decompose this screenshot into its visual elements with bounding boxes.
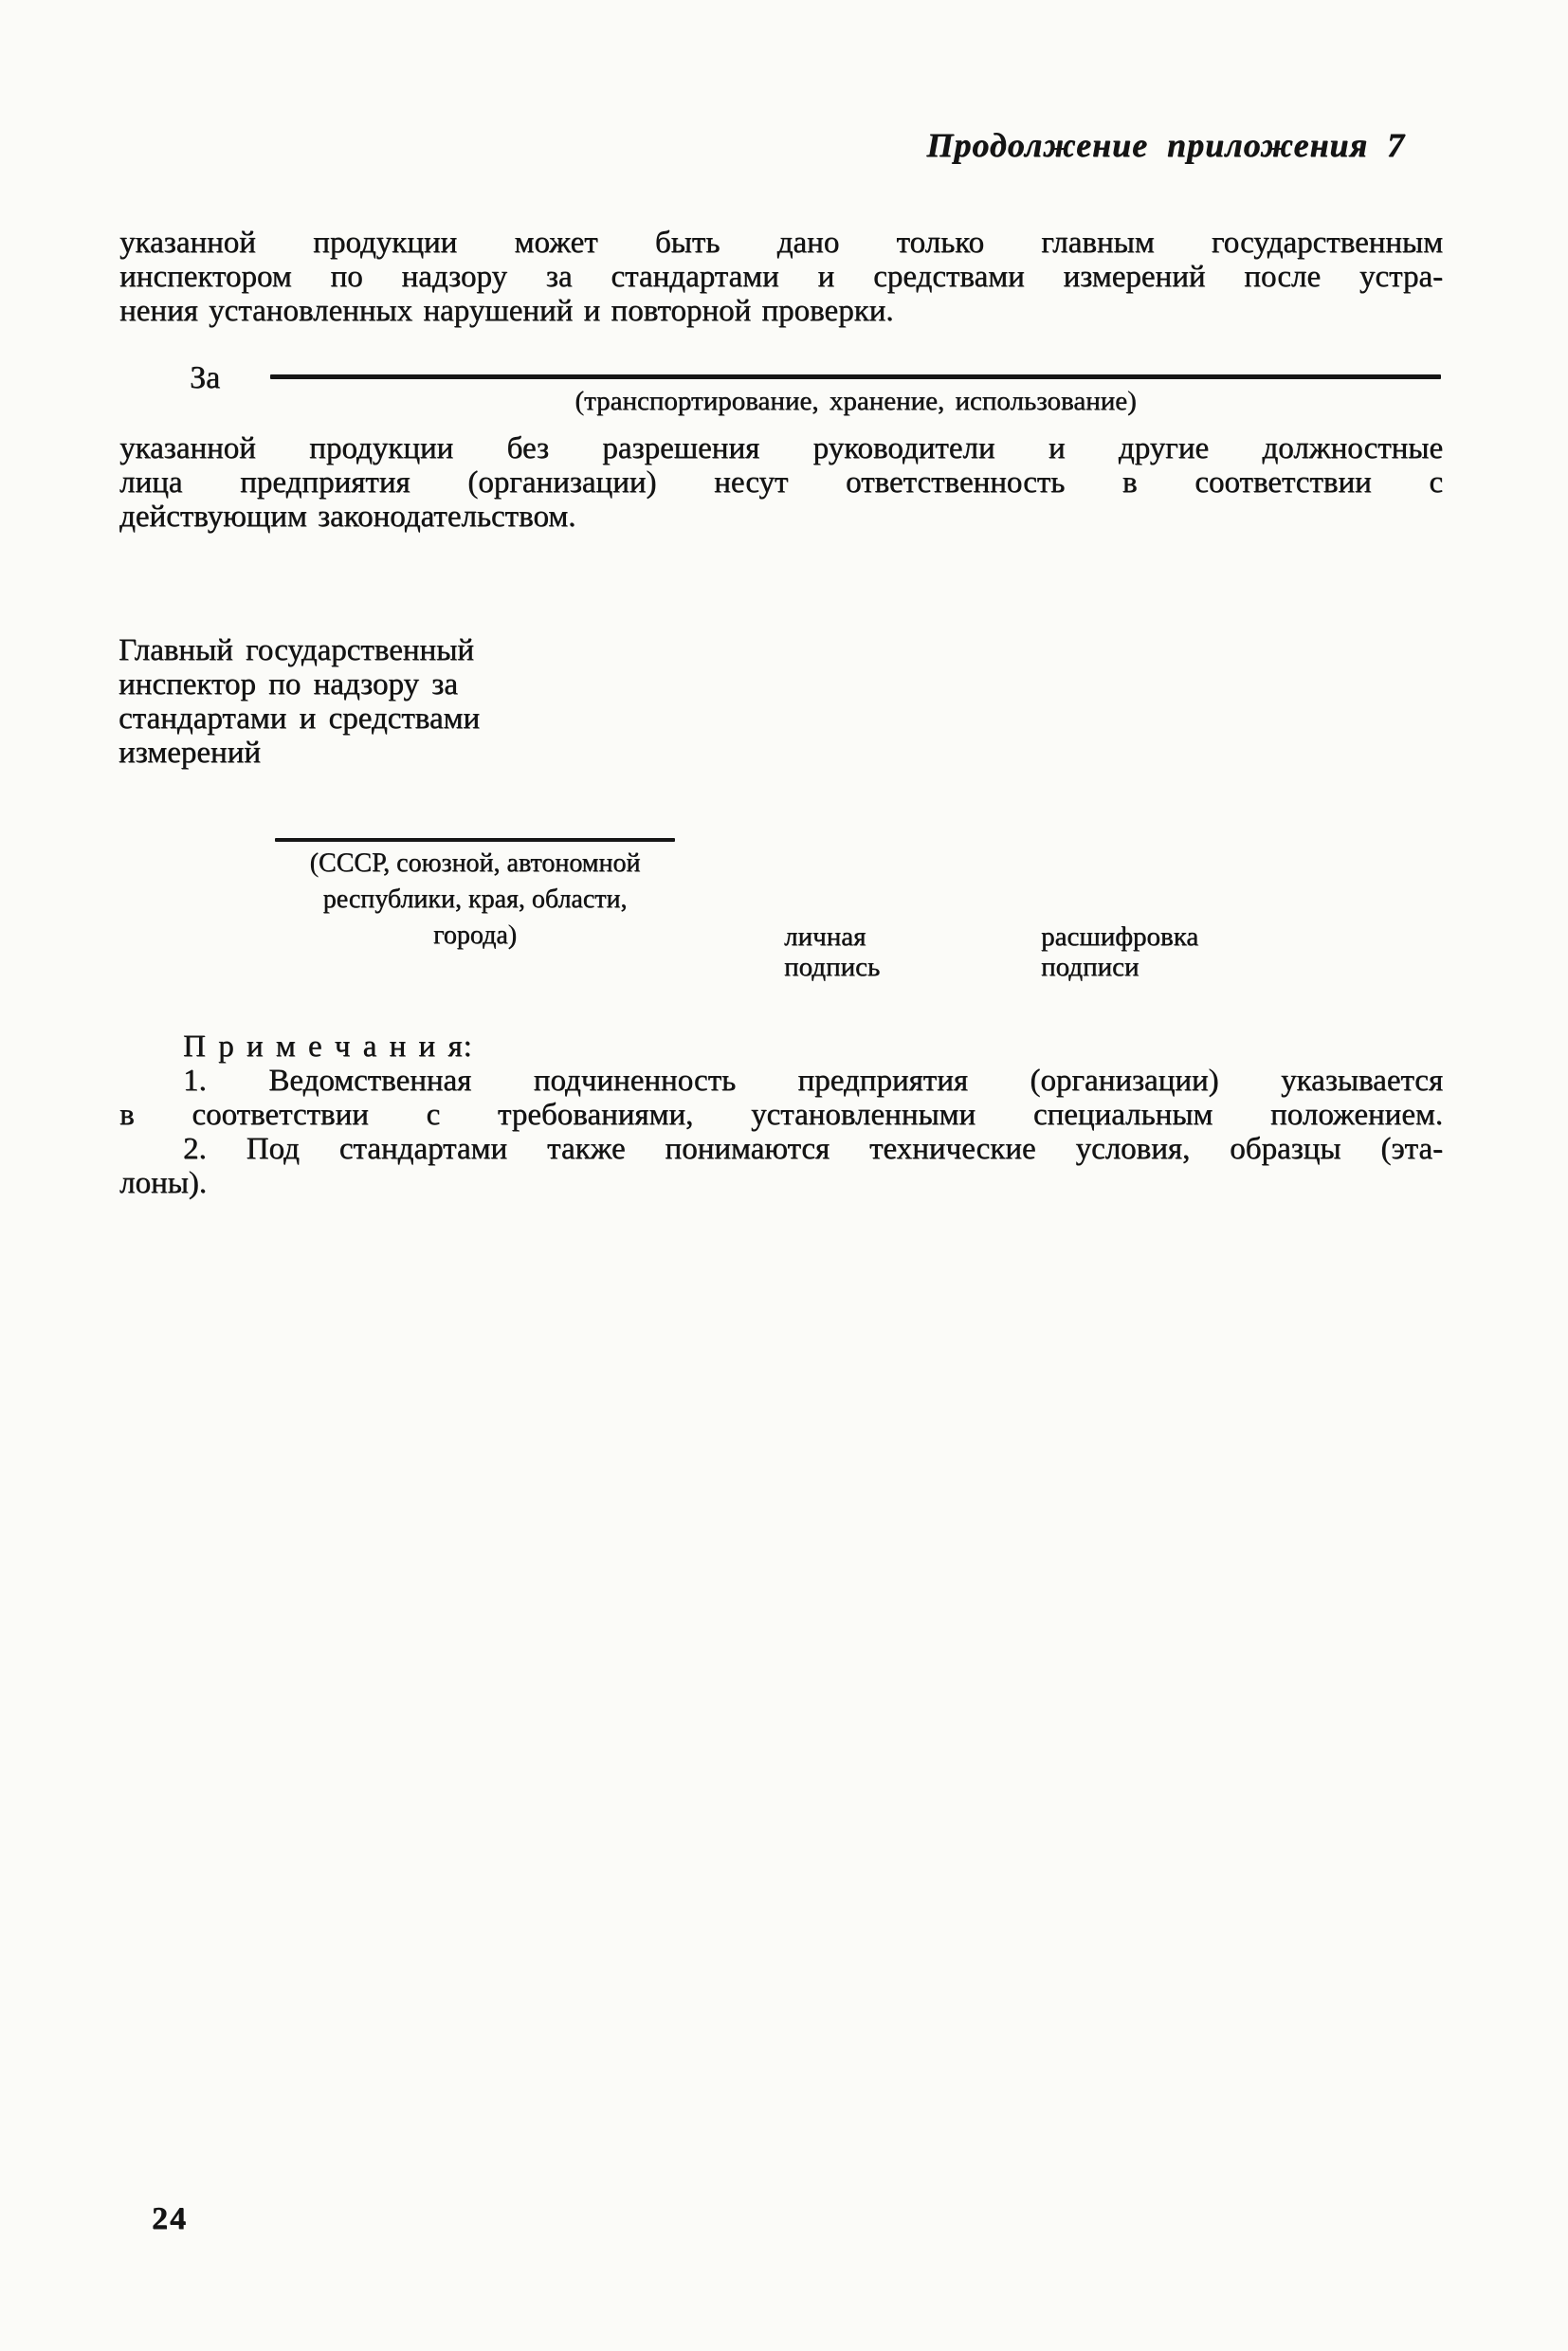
text-line: 2. Под стандартами также понимаются техн… (119, 1132, 1443, 1166)
text-line: лица предприятия (организации) несут отв… (119, 465, 1443, 500)
text-line: в соответствии с требованиями, установле… (119, 1098, 1443, 1132)
text-line: стандартами и средствами (119, 702, 725, 736)
for-label: За (190, 360, 220, 396)
territory-caption: (СССР, союзной, автономнойреспублики, кр… (275, 846, 675, 954)
text-line: инспектор по надзору за (119, 667, 725, 702)
text-line: республики, края, области, (275, 882, 675, 918)
text-line: нения установленных нарушений и повторно… (119, 294, 1443, 328)
signatory-title-block: Главный государственныйинспектор по надз… (119, 633, 725, 770)
note-item-2: 2. Под стандартами также понимаются техн… (119, 1132, 1443, 1200)
territory-fill-in-line (275, 838, 675, 842)
page-number: 24 (152, 2201, 188, 2237)
text-line: указанной продукции может быть дано толь… (119, 226, 1443, 260)
continuation-header: Продолжение приложения 7 (926, 125, 1405, 165)
blank-line-caption: (транспортирование, хранение, использова… (270, 386, 1441, 417)
fill-in-blank-line (270, 374, 1441, 379)
document-page: Продолжение приложения 7 указанной проду… (0, 0, 1568, 2351)
text-line: города) (275, 918, 675, 954)
text-line: лоны). (119, 1166, 1443, 1200)
text-line: действующим законодательством. (119, 500, 1443, 534)
text-line: Главный государственный (119, 633, 725, 667)
personal-signature-label: личнаяподпись (784, 921, 880, 982)
note-item-1: 1. Ведомственная подчиненность предприят… (119, 1064, 1443, 1132)
text-line: расшифровка (1041, 921, 1198, 952)
notes-heading: П р и м е ч а н и я: (119, 1030, 1443, 1064)
text-line: подписи (1041, 952, 1198, 982)
text-line: (СССР, союзной, автономной (275, 846, 675, 882)
text-line: указанной продукции без разрешения руков… (119, 431, 1443, 465)
notes-section: П р и м е ч а н и я: 1. Ведомственная по… (119, 1030, 1443, 1200)
text-line: инспектором по надзору за стандартами и … (119, 260, 1443, 294)
text-line: личная (784, 921, 880, 952)
text-line: 1. Ведомственная подчиненность предприят… (119, 1064, 1443, 1098)
paragraph-product-resumption: указанной продукции может быть дано толь… (119, 226, 1443, 328)
paragraph-liability: указанной продукции без разрешения руков… (119, 431, 1443, 534)
text-line: подпись (784, 952, 880, 982)
signature-transcript-label: расшифровкаподписи (1041, 921, 1198, 982)
text-line: измерений (119, 736, 725, 770)
